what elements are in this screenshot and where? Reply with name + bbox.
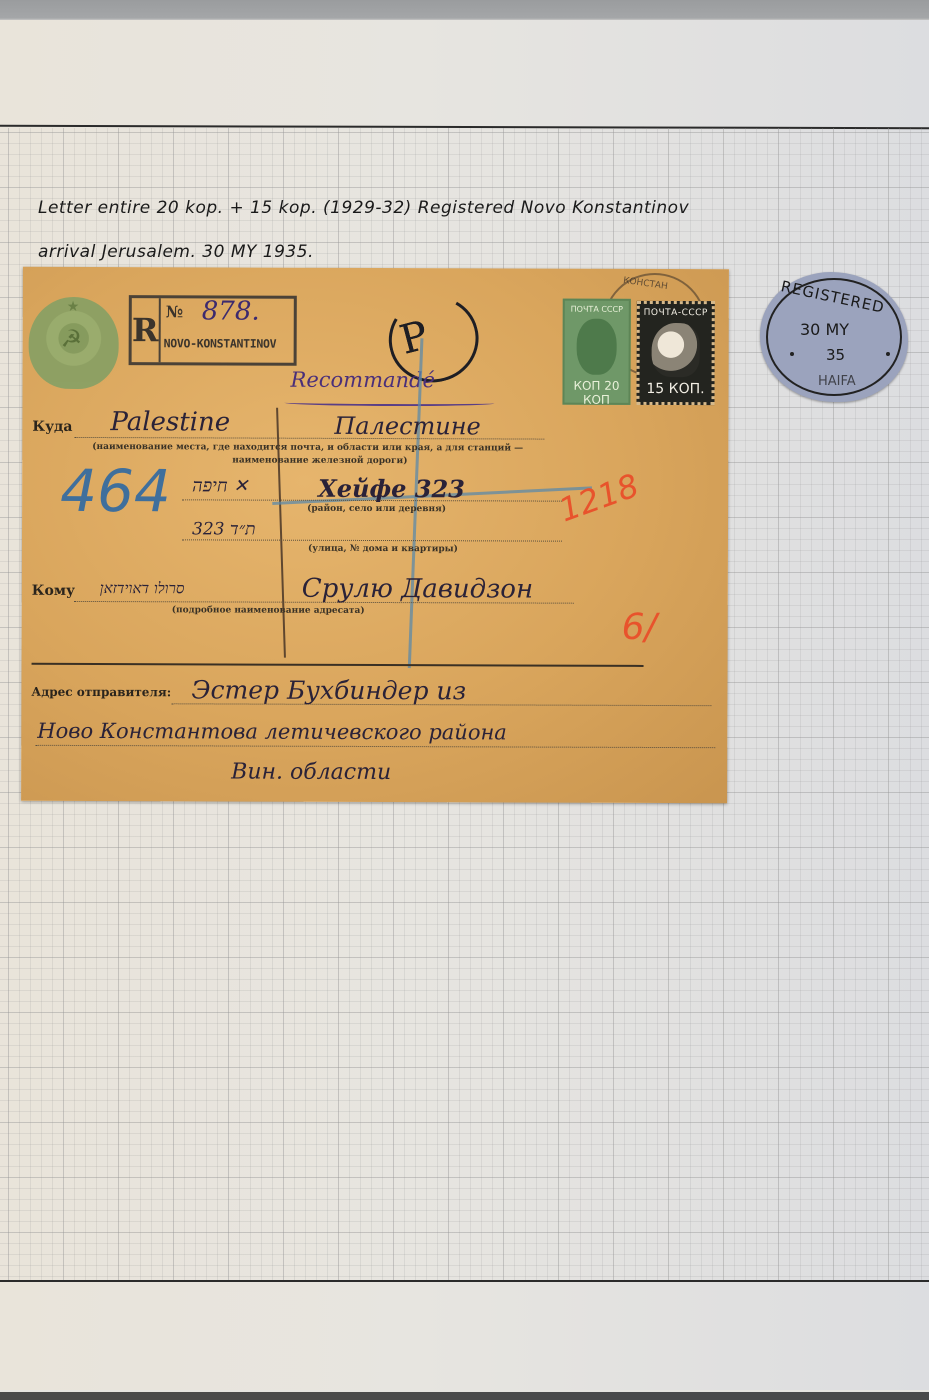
- soldier-portrait-icon: [577, 319, 617, 375]
- sender-divider: [32, 663, 644, 667]
- city-cyrillic: Хейфе 323: [318, 474, 465, 504]
- recommande-note: Recommandé: [290, 368, 434, 393]
- komu-hebrew: סרולו דאוידזאן: [100, 579, 185, 598]
- kuda-latin: Palestine: [110, 407, 230, 437]
- page-caption: Letter entire 20 kop. + 15 kop. (1929-32…: [38, 186, 898, 274]
- sender-line-3: Вин. области: [231, 759, 391, 785]
- registration-r: R: [132, 298, 161, 362]
- city-hebrew: חיפה ✕: [192, 475, 248, 496]
- sender-label: Адрес отправителя:: [31, 685, 171, 699]
- bottom-rule: [0, 1280, 929, 1282]
- kuda-cyrillic: Палестине: [334, 412, 480, 441]
- ussr-coat-of-arms-icon: ★☭: [29, 297, 119, 389]
- registration-number: 878.: [202, 296, 260, 326]
- kuda-label: Куда: [32, 419, 72, 435]
- red-pencil-mark: 1218: [554, 466, 643, 529]
- komu-cyrillic: Срулю Давидзон: [302, 574, 533, 605]
- blue-pencil-number: 464: [60, 457, 171, 525]
- caption-line-1: Letter entire 20 kop. + 15 kop. (1929-32…: [38, 186, 898, 230]
- photo-edge: [0, 1392, 929, 1400]
- street-hebrew: 323 ת״ד: [192, 519, 256, 539]
- registration-town: NOVO-KONSTANTINOV: [164, 336, 277, 350]
- komu-label: Кому: [32, 583, 75, 599]
- registration-label: R № 878. NOVO-KONSTANTINOV: [129, 295, 297, 366]
- sender-line-2: Ново Константова летичевского района: [37, 719, 507, 745]
- red-pencil-number: 6/: [622, 607, 657, 648]
- letter-envelope: ★☭ R № 878. NOVO-KONSTANTINOV P КОНСТАН …: [21, 267, 729, 803]
- sender-line-1: Эстер Бухбиндер из: [191, 675, 466, 705]
- registered-haifa-cancel: REGISTERED 30 MY 35 HAIFA: [760, 272, 908, 402]
- stamp-15-kop: ПОЧТА-СССР 15 КОП.: [636, 301, 714, 405]
- workers-portrait-icon: [652, 323, 700, 377]
- stamp-20-kop: ПОЧТА СССР КОП 20 КОП: [562, 299, 630, 405]
